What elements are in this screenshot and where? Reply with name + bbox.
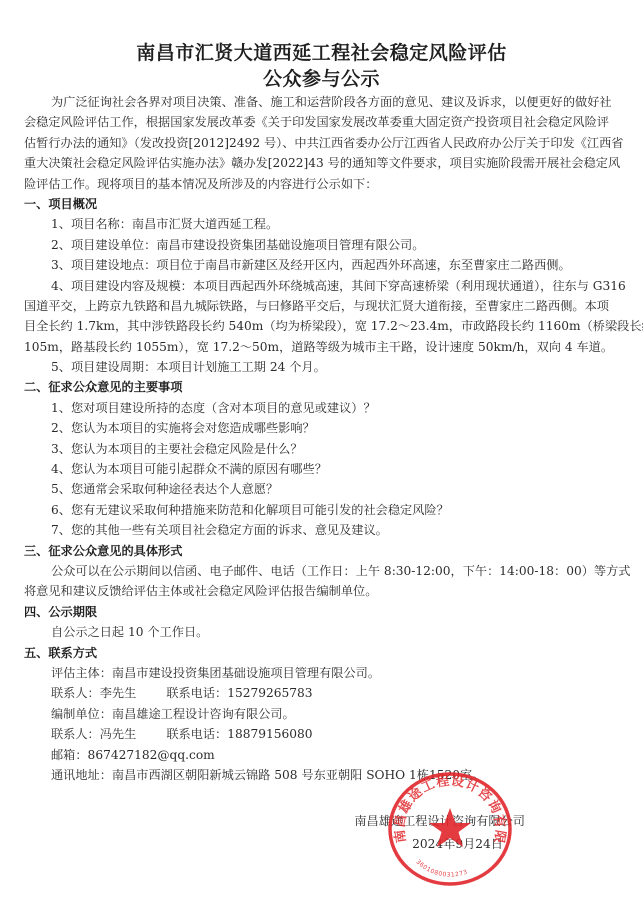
section-heading-forms: 三、征求公众意见的具体形式	[24, 541, 619, 561]
contact1-name: 联系人：李先生	[51, 686, 136, 700]
intro-line: 会稳定风险评估工作，根据国家发展改革委《关于印发国家发展改革委重大固定资产投资项…	[24, 112, 619, 132]
matter-item: 6、您有无建议采取何种措施来防范和化解项目可能引发的社会稳定风险？	[24, 500, 619, 520]
svg-text:3601080031273: 3601080031273	[414, 858, 468, 878]
overview-item: 4、项目建设内容及规模：本项目西起西外环绕城高速，其间下穿高速桥梁（利用现状通道…	[24, 276, 619, 296]
section-heading-period: 四、公示期限	[24, 602, 619, 622]
seal-code: 3601080031273	[414, 858, 468, 878]
company-seal-icon: 南昌雄途工程设计咨询有限公司 3601080031273	[386, 770, 514, 888]
overview-item: 1、项目名称：南昌市汇贤大道西延工程。	[24, 214, 619, 234]
section-heading-contact: 五、联系方式	[24, 643, 619, 663]
document-title: 南昌市汇贤大道西延工程社会稳定风险评估	[0, 38, 643, 65]
intro-line: 估暂行办法的通知》（发改投资[2012]2492 号）、中共江西省委办公厅江西省…	[24, 133, 619, 153]
intro-line: 重大决策社会稳定风险评估实施办法》赣办发[2022]43 号的通知等文件要求，项…	[24, 153, 619, 173]
overview-item-cont: 105m，路基段长约 1055m），宽 17.2～50m，道路等级为城市主干路，…	[24, 337, 619, 357]
overview-item-cont: 国道平交，上跨京九铁路和昌九城际铁路，与曰修路平交后，与现状汇贤大道衔接，至曹家…	[24, 296, 619, 316]
assessor-text: 评估主体：南昌市建设投资集团基础设施项目管理有限公司。	[24, 663, 619, 683]
contact-row: 联系人：冯先生联系电话：18879156080	[24, 724, 619, 744]
matter-item: 1、您对项目建设所持的态度（含对本项目的意见或建议）？	[24, 398, 619, 418]
forms-line: 将意见和建议反馈给评估主体或社会稳定风险评估报告编制单位。	[24, 581, 619, 601]
intro-line: 险评估工作。现将项目的基本情况及所涉及的内容进行公示如下：	[24, 174, 619, 194]
document-page: 南昌市汇贤大道西延工程社会稳定风险评估 公众参与公示 为广泛征询社会各界对项目决…	[0, 0, 643, 899]
contact1-phone: 联系电话：15279265783	[166, 686, 312, 700]
matter-item: 5、您通常会采取何种途径表达个人意愿？	[24, 479, 619, 499]
email-text: 邮箱：867427182@qq.com	[24, 745, 619, 765]
compiler-text: 编制单位：南昌雄途工程设计咨询有限公司。	[24, 704, 619, 724]
overview-item: 2、项目建设单位：南昌市建设投资集团基础设施项目管理有限公司。	[24, 235, 619, 255]
document-subtitle: 公众参与公示	[0, 64, 643, 91]
contact2-name: 联系人：冯先生	[51, 727, 136, 741]
period-text: 自公示之日起 10 个工作日。	[24, 622, 619, 642]
forms-line: 公众可以在公示期间以信函、电子邮件、电话（工作日：上午 8:30-12:00，下…	[24, 561, 619, 581]
matter-item: 2、您认为本项目的实施将会对您造成哪些影响？	[24, 418, 619, 438]
intro-line: 为广泛征询社会各界对项目决策、准备、施工和运营阶段各方面的意见、建议及诉求，以便…	[24, 92, 619, 112]
contact-row: 联系人：李先生联系电话：15279265783	[24, 683, 619, 703]
section-heading-overview: 一、项目概况	[24, 194, 619, 214]
section-heading-matters: 二、征求公众意见的主要事项	[24, 377, 619, 397]
document-body: 为广泛征询社会各界对项目决策、准备、施工和运营阶段各方面的意见、建议及诉求，以便…	[24, 92, 619, 785]
contact2-phone: 联系电话：18879156080	[166, 727, 312, 741]
matter-item: 7、您的其他一些有关项目社会稳定方面的诉求、意见及建议。	[24, 520, 619, 540]
overview-item: 5、项目建设周期：本项目计划施工工期 24 个月。	[24, 357, 619, 377]
matter-item: 4、您认为本项目可能引起群众不满的原因有哪些？	[24, 459, 619, 479]
overview-item: 3、项目建设地点：项目位于南昌市新建区及经开区内，西起西外环高速，东至曹家庄二路…	[24, 255, 619, 275]
overview-item-cont: 目全长约 1.7km，其中涉铁路段长约 540m（均为桥梁段），宽 17.2～2…	[24, 316, 619, 336]
address-text: 通讯地址：南昌市西湖区朝阳新城云锦路 508 号东亚朝阳 SOHO 1栋1520…	[24, 765, 619, 785]
matter-item: 3、您认为本项目的主要社会稳定风险是什么？	[24, 439, 619, 459]
